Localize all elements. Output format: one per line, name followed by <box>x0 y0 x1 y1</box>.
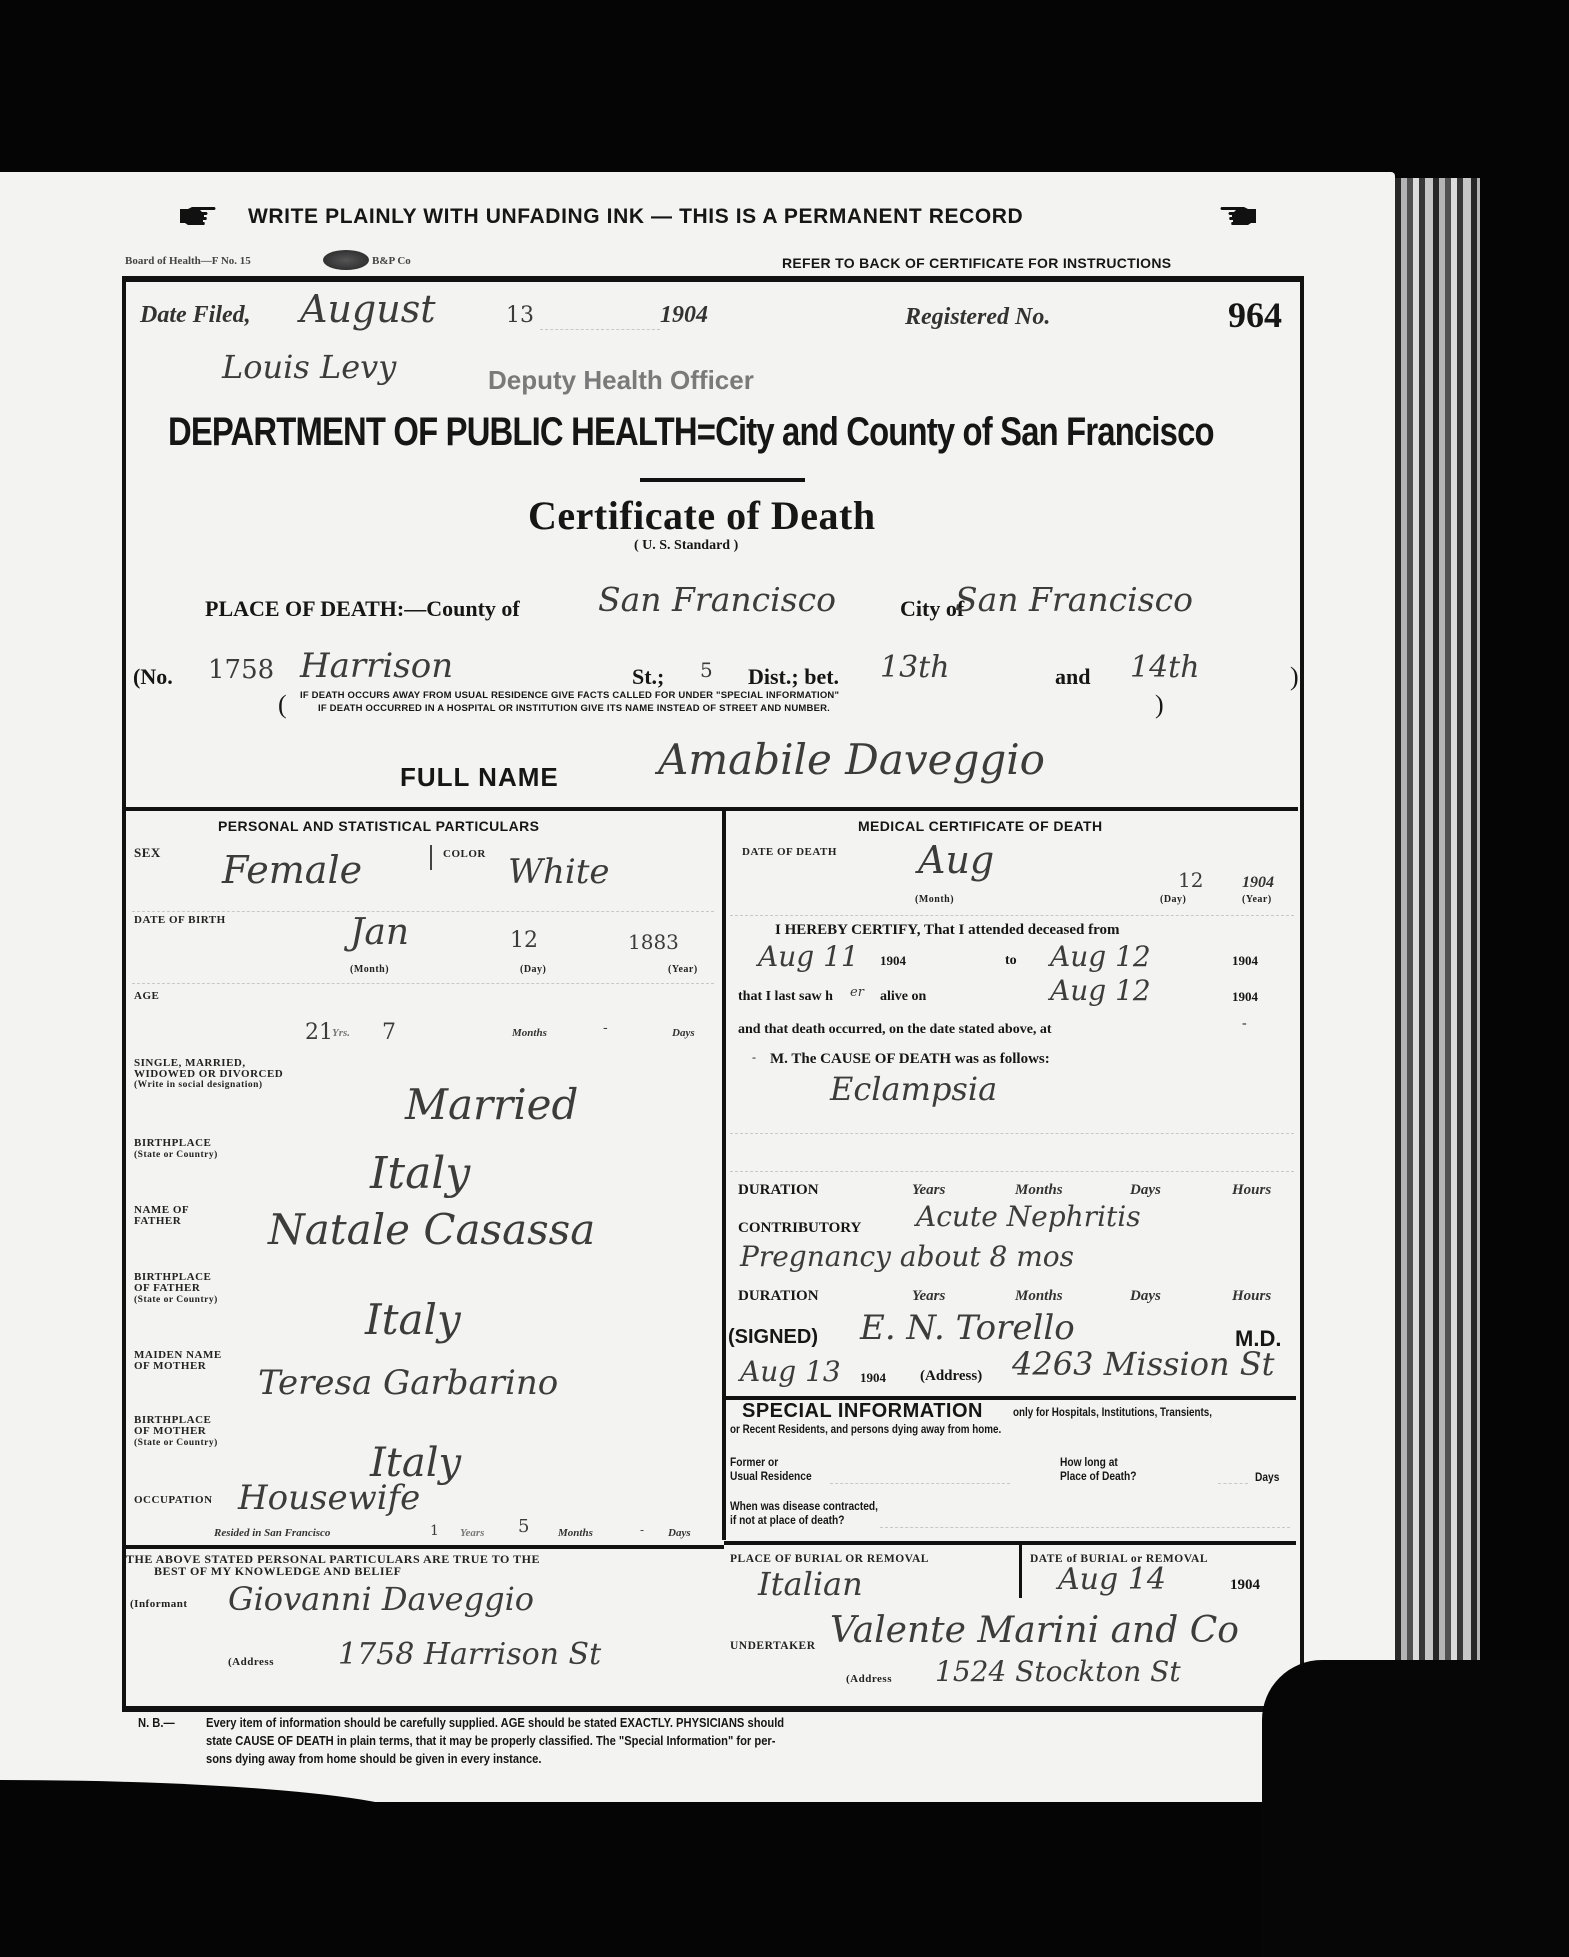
disease-contracted-label-2: if not at place of death? <box>730 1514 844 1526</box>
informant-statement-2: BEST OF MY KNOWLEDGE AND BELIEF <box>154 1565 401 1578</box>
age-years[interactable]: 21 <box>305 1020 333 1045</box>
resided-months[interactable]: 5 <box>518 1516 529 1537</box>
duration-days-label-2: Days <box>1130 1288 1161 1305</box>
date-filed-month[interactable]: August <box>300 287 436 331</box>
physician-address-label: (Address) <box>920 1368 982 1385</box>
sex-color-divider <box>430 845 432 870</box>
street-value[interactable]: Harrison <box>300 646 453 686</box>
duration-years-label: Years <box>912 1182 945 1199</box>
row-rule <box>730 1170 1294 1172</box>
attended-from-year[interactable]: 1904 <box>880 953 906 969</box>
signed-label: (SIGNED) <box>728 1326 818 1349</box>
date-filed-year[interactable]: 1904 <box>660 302 708 329</box>
death-day[interactable]: 12 <box>1178 868 1203 892</box>
district-value[interactable]: 5 <box>700 658 713 682</box>
medical-heading: MEDICAL CERTIFICATE OF DEATH <box>858 818 1103 834</box>
city-value[interactable]: San Francisco <box>955 580 1193 619</box>
mother-birthplace-label-2: OF MOTHER <box>134 1426 206 1437</box>
title-divider <box>640 478 805 482</box>
health-officer-signature[interactable]: Louis Levy <box>222 348 396 386</box>
dob-month-caption: (Month) <box>350 963 389 976</box>
registered-no-label: Registered No. <box>905 304 1050 331</box>
burial-divider <box>724 1541 1296 1545</box>
how-long-label-1: How long at <box>1060 1456 1118 1468</box>
place-of-death-label: PLACE OF DEATH:—County of <box>205 596 520 622</box>
last-saw-text: that I last saw h <box>738 989 833 1005</box>
informant-label: (Informant <box>130 1598 188 1611</box>
undertaker-value[interactable]: Valente Marini and Co <box>830 1610 1239 1651</box>
standard-subtitle: ( U. S. Standard ) <box>634 538 738 554</box>
attended-from[interactable]: Aug 11 <box>758 940 859 973</box>
marital-label-2: WIDOWED OR DIVORCED <box>134 1069 283 1080</box>
resided-months-caption: Months <box>558 1527 593 1539</box>
cause-intro-text: M. The CAUSE OF DEATH was as follows: <box>770 1051 1050 1068</box>
disease-contracted-label-1: When was disease contracted, <box>730 1500 878 1512</box>
contributory-value[interactable]: Acute Nephritis <box>916 1200 1141 1233</box>
pointing-hand-left-icon <box>178 205 218 227</box>
footer-note-line-2: state CAUSE OF DEATH in plain terms, tha… <box>206 1733 776 1748</box>
age-months-caption: Months <box>512 1027 547 1039</box>
birthplace-value[interactable]: Italy <box>370 1148 470 1199</box>
row-rule <box>730 1132 1294 1134</box>
dob-day[interactable]: 12 <box>510 928 538 953</box>
resided-days-caption: Days <box>668 1527 691 1539</box>
resided-years-caption: Years <box>460 1527 484 1539</box>
book-page-edges <box>1395 178 1480 1738</box>
form-number: Board of Health—F No. 15 <box>125 255 251 267</box>
last-saw-date[interactable]: Aug 12 <box>1050 974 1151 1007</box>
age-label: AGE <box>134 990 159 1003</box>
color-value[interactable]: White <box>508 852 610 892</box>
street-suffix-label: St.; <box>632 664 664 690</box>
contributory-value-2[interactable]: Pregnancy about 8 mos <box>740 1240 1074 1273</box>
attended-to-year[interactable]: 1904 <box>1232 953 1258 969</box>
street-number-label: (No. <box>133 664 173 690</box>
printer-name: B&P Co <box>372 255 411 267</box>
dob-month[interactable]: Jan <box>350 912 409 953</box>
date-filed-label: Date Filed, <box>140 302 251 329</box>
age-days[interactable]: - <box>603 1020 608 1036</box>
cross-street-2[interactable]: 14th <box>1130 650 1200 685</box>
how-long-input[interactable] <box>1218 1482 1248 1484</box>
duration-hours-label: Hours <box>1232 1182 1271 1199</box>
resided-label: Resided in San Francisco <box>214 1527 330 1539</box>
to-label: to <box>1005 953 1017 969</box>
father-birthplace-label-2: OF FATHER <box>134 1283 200 1294</box>
special-info-heading: SPECIAL INFORMATION <box>742 1400 983 1423</box>
informant-divider <box>126 1545 724 1549</box>
occurred-text: and that death occurred, on the date sta… <box>738 1022 1052 1038</box>
date-filed-day[interactable]: 13 <box>506 303 534 328</box>
occurred-time[interactable]: - <box>1242 1016 1247 1032</box>
open-bracket: ( <box>278 690 287 720</box>
mother-birthplace-label-3: (State or Country) <box>134 1437 218 1450</box>
close-bracket: ) <box>1155 690 1164 720</box>
footer-note-line-1: Every item of information should be care… <box>206 1715 784 1730</box>
thumb-occlusion <box>1262 1660 1569 1957</box>
dob-year-caption: (Year) <box>668 963 698 976</box>
death-month[interactable]: Aug <box>918 838 994 882</box>
district-between-label: Dist.; bet. <box>748 664 839 690</box>
section-divider <box>126 807 1298 811</box>
father-label-2: FATHER <box>134 1216 181 1227</box>
footer-note-line-3: sons dying away from home should be give… <box>206 1751 541 1766</box>
footer-note-prefix: N. B.— <box>138 1715 175 1730</box>
residence-note-1: IF DEATH OCCURS AWAY FROM USUAL RESIDENC… <box>300 690 839 701</box>
former-residence-input[interactable] <box>830 1482 1010 1484</box>
dob-label: DATE OF BIRTH <box>134 914 226 927</box>
pointing-hand-right-icon <box>1218 205 1258 227</box>
duration-years-label-2: Years <box>912 1288 945 1305</box>
father-birthplace-value[interactable]: Italy <box>365 1295 461 1344</box>
health-officer-title: Deputy Health Officer <box>488 365 754 396</box>
attended-to[interactable]: Aug 12 <box>1050 940 1151 973</box>
sex-value[interactable]: Female <box>222 848 362 892</box>
color-label: COLOR <box>443 848 486 861</box>
row-rule <box>730 914 1294 916</box>
residence-note-2: IF DEATH OCCURRED IN A HOSPITAL OR INSTI… <box>318 703 830 714</box>
burial-column-divider <box>1019 1543 1022 1598</box>
former-residence-label-1: Former or <box>730 1456 778 1468</box>
special-info-note-2: or Recent Residents, and persons dying a… <box>730 1422 1001 1436</box>
signed-year[interactable]: 1904 <box>860 1370 886 1386</box>
dob-day-caption: (Day) <box>520 963 546 976</box>
date-filed-dotline <box>540 328 660 330</box>
resided-days[interactable]: - <box>640 1523 644 1537</box>
age-years-caption: Yrs. <box>332 1027 350 1039</box>
banner-text: WRITE PLAINLY WITH UNFADING INK — THIS I… <box>248 205 1023 229</box>
resided-years[interactable]: 1 <box>430 1523 439 1539</box>
duration-label: DURATION <box>738 1182 819 1199</box>
birthplace-label-2: (State or Country) <box>134 1149 218 1162</box>
cause-of-death-value[interactable]: Eclampsia <box>830 1070 997 1108</box>
last-saw-year[interactable]: 1904 <box>1232 989 1258 1005</box>
burial-year-value[interactable]: 1904 <box>1230 1577 1260 1594</box>
cross-street-1[interactable]: 13th <box>880 650 950 685</box>
marital-value[interactable]: Married <box>405 1080 578 1129</box>
burial-date-value[interactable]: Aug 14 <box>1058 1562 1166 1597</box>
certificate-title: Certificate of Death <box>528 492 876 539</box>
m-prefix[interactable]: - <box>752 1050 756 1065</box>
occupation-label: OCCUPATION <box>134 1494 213 1507</box>
death-year-caption: (Year) <box>1242 893 1272 906</box>
printer-seal-icon <box>323 250 369 270</box>
row-rule <box>132 910 714 912</box>
disease-contracted-input[interactable] <box>880 1526 1290 1528</box>
signed-date[interactable]: Aug 13 <box>740 1355 841 1388</box>
physician-address[interactable]: 4263 Mission St <box>1012 1345 1275 1383</box>
undertaker-address-value[interactable]: 1524 Stockton St <box>935 1655 1181 1688</box>
instructions-note: REFER TO BACK OF CERTIFICATE FOR INSTRUC… <box>782 255 1171 271</box>
informant-name[interactable]: Giovanni Daveggio <box>228 1580 534 1618</box>
informant-address-label: (Address <box>228 1656 274 1669</box>
marital-label-3: (Write in social designation) <box>134 1080 263 1090</box>
physician-signature[interactable]: E. N. Torello <box>860 1308 1075 1348</box>
duration-months-label: Months <box>1015 1182 1063 1199</box>
full-name-value[interactable]: Amabile Daveggio <box>658 735 1045 784</box>
occupation-value[interactable]: Housewife <box>238 1478 420 1518</box>
how-long-label-2: Place of Death? <box>1060 1470 1137 1482</box>
close-paren: ) <box>1290 662 1299 692</box>
mother-label-2: OF MOTHER <box>134 1361 206 1372</box>
age-months[interactable]: 7 <box>382 1020 396 1045</box>
personal-heading: PERSONAL AND STATISTICAL PARTICULARS <box>218 818 539 834</box>
duration-days-label: Days <box>1130 1182 1161 1199</box>
county-value[interactable]: San Francisco <box>598 580 836 619</box>
death-month-caption: (Month) <box>915 893 954 906</box>
full-name-label: FULL NAME <box>400 762 559 793</box>
date-of-death-label: DATE OF DEATH <box>742 846 837 859</box>
alive-on-text: alive on <box>880 989 926 1005</box>
special-info-note-1: only for Hospitals, Institutions, Transi… <box>1013 1405 1212 1419</box>
burial-place-value[interactable]: Italian <box>758 1565 863 1603</box>
father-birthplace-label-3: (State or Country) <box>134 1294 218 1307</box>
column-divider <box>722 810 726 1540</box>
department-heading: DEPARTMENT OF PUBLIC HEALTH=City and Cou… <box>168 410 1214 455</box>
last-saw-pronoun[interactable]: er <box>850 985 864 1000</box>
father-name-value[interactable]: Natale Casassa <box>268 1205 595 1254</box>
birthplace-label-1: BIRTHPLACE <box>134 1138 211 1149</box>
duration-label-2: DURATION <box>738 1288 819 1305</box>
dob-year[interactable]: 1883 <box>628 930 679 954</box>
undertaker-label: UNDERTAKER <box>730 1640 816 1653</box>
former-residence-label-2: Usual Residence <box>730 1470 812 1482</box>
mother-name-value[interactable]: Teresa Garbarino <box>258 1363 558 1403</box>
street-number-value[interactable]: 1758 <box>208 655 274 685</box>
how-long-days-label: Days <box>1255 1470 1279 1484</box>
informant-address[interactable]: 1758 Harrison St <box>338 1637 601 1672</box>
duration-hours-label-2: Hours <box>1232 1288 1271 1305</box>
death-year[interactable]: 1904 <box>1242 874 1274 892</box>
and-label: and <box>1055 664 1090 690</box>
contributory-label: CONTRIBUTORY <box>738 1220 861 1237</box>
row-rule <box>132 982 714 984</box>
duration-months-label-2: Months <box>1015 1288 1063 1305</box>
age-days-caption: Days <box>672 1027 695 1039</box>
registered-number[interactable]: 964 <box>1228 294 1282 336</box>
certify-text: I HEREBY CERTIFY, That I attended deceas… <box>775 922 1120 939</box>
sex-label: SEX <box>134 846 161 859</box>
death-day-caption: (Day) <box>1160 893 1186 906</box>
undertaker-address-label: (Address <box>846 1673 892 1686</box>
